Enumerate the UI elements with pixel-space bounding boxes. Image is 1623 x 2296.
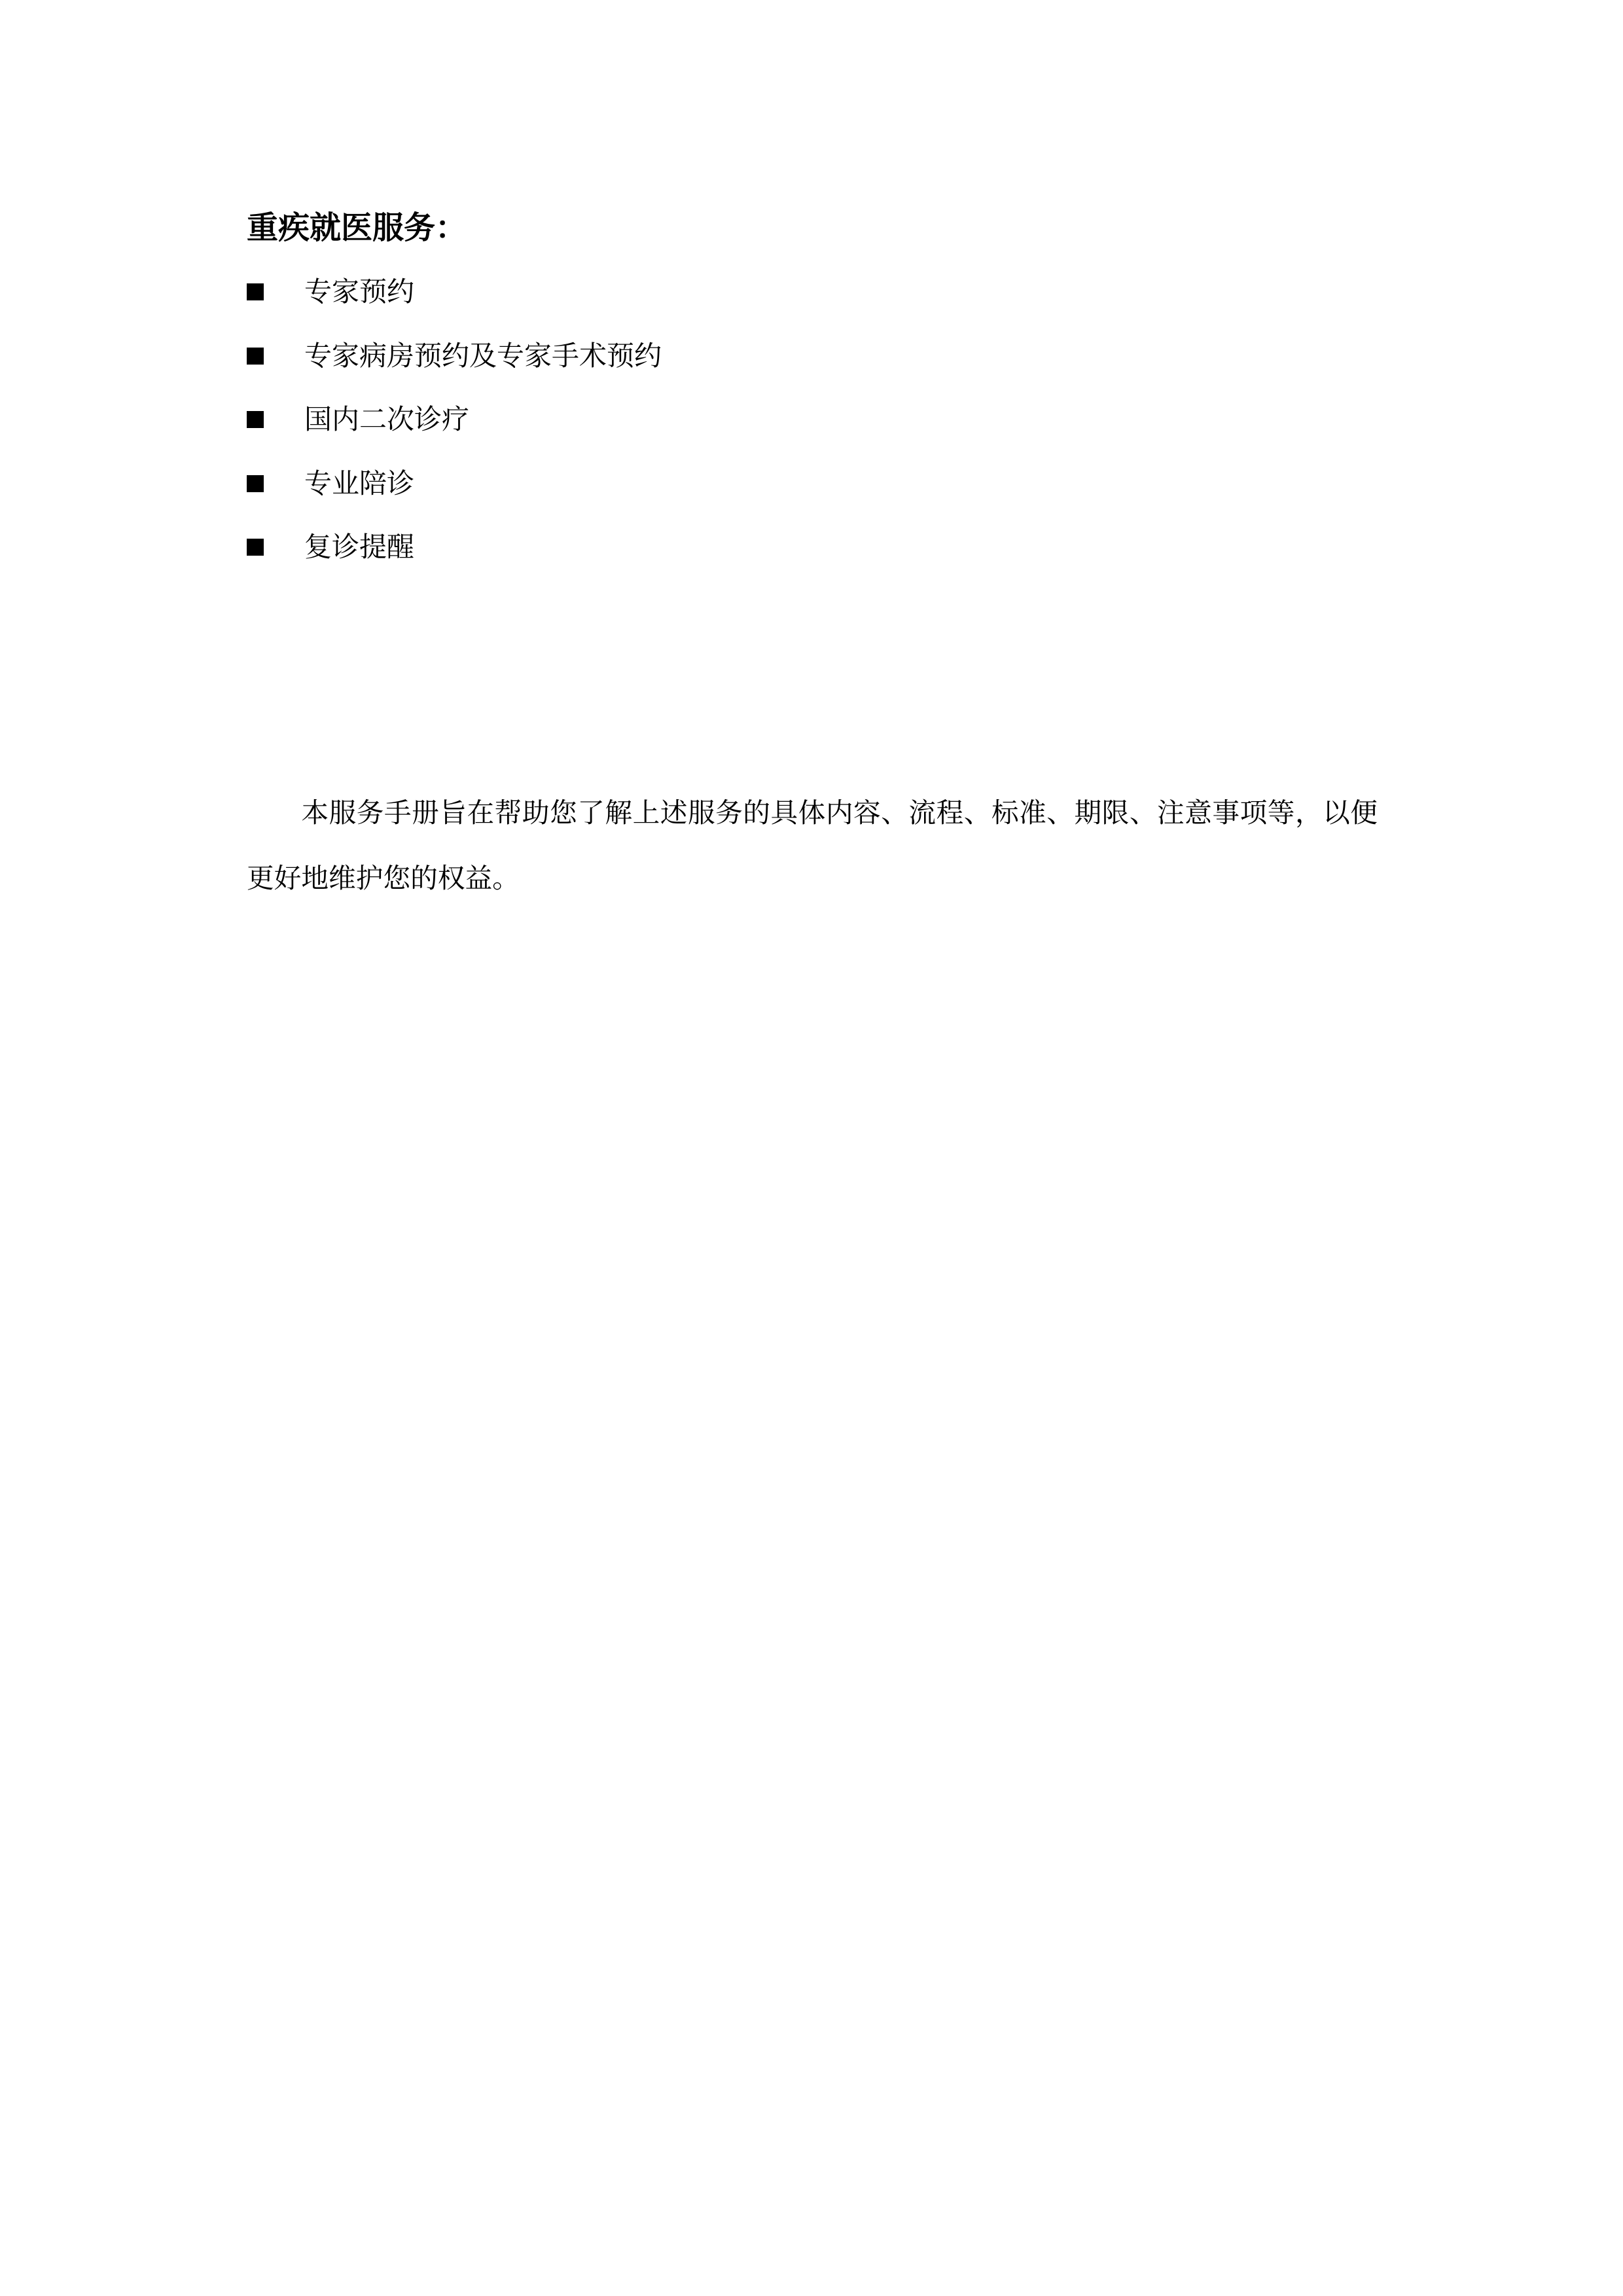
square-bullet-icon — [247, 283, 264, 300]
square-bullet-icon — [247, 411, 264, 428]
square-bullet-icon — [247, 475, 264, 492]
section-heading: 重疾就医服务： — [247, 208, 467, 247]
list-item-label: 专家病房预约及专家手术预约 — [304, 338, 662, 374]
list-item-label: 专家预约 — [304, 274, 414, 310]
intro-paragraph: 本服务手册旨在帮助您了解上述服务的具体内容、流程、标准、期限、注意事项等，以便更… — [247, 780, 1378, 911]
list-item-label: 复诊提醒 — [304, 529, 414, 565]
square-bullet-icon — [247, 348, 264, 365]
square-bullet-icon — [247, 539, 264, 556]
list-item-label: 专业陪诊 — [304, 465, 414, 502]
list-item-label: 国内二次诊疗 — [304, 401, 469, 438]
